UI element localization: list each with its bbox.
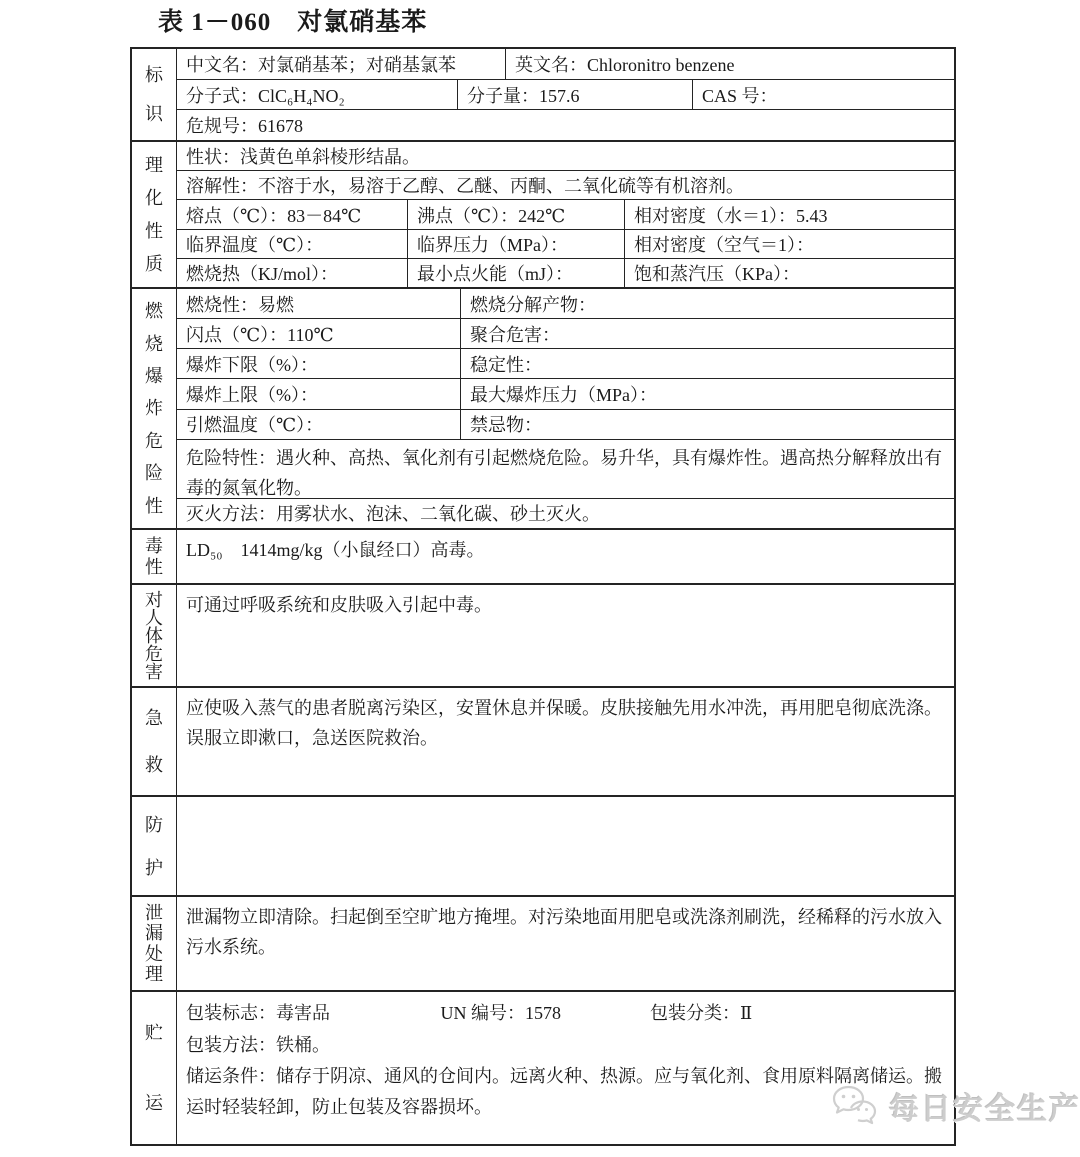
section-label-fire-explosion: 燃烧爆炸危险性 (132, 289, 177, 528)
field-solubility: 溶解性：不溶于水，易溶于乙醇、乙醚、丙酮、二氧化硫等有机溶剂。 (177, 171, 954, 199)
field-en-name: 英文名：Chloronitro benzene (505, 49, 954, 79)
field-flash-point: 闪点（℃）：110℃ (177, 319, 460, 348)
field-cn-name: 中文名：对氯硝基苯；对硝基氯苯 (177, 49, 505, 79)
section-leakage: 泄漏处理 泄漏物立即清除。扫起倒至空旷地方掩埋。对污染地面用肥皂或洗涤剂刷洗，经… (132, 897, 954, 992)
field-cas-number: CAS 号： (692, 80, 954, 110)
section-identification: 标识 中文名：对氯硝基苯；对硝基氯苯 英文名：Chloronitro benze… (132, 49, 954, 142)
field-explosion-lower-limit: 爆炸下限（%）： (177, 349, 460, 378)
wechat-icon (830, 1084, 882, 1128)
watermark: 每日安全生产 (830, 1084, 1080, 1128)
section-label-identification: 标识 (132, 49, 177, 140)
section-label-physicochemical: 理化性质 (132, 142, 177, 287)
field-combustion-heat: 燃烧热（KJ/mol）： (177, 259, 407, 287)
section-label-storage: 贮运 (132, 992, 177, 1144)
field-fire-fighting: 灭火方法：用雾状水、泡沫、二氧化碳、砂土灭火。 (177, 499, 954, 528)
field-protection (177, 797, 954, 895)
msds-table: 标识 中文名：对氯硝基苯；对硝基氯苯 英文名：Chloronitro benze… (130, 47, 956, 1146)
field-critical-temp: 临界温度（℃）： (177, 230, 407, 258)
field-incompatibilities: 禁忌物： (460, 410, 954, 439)
section-physicochemical: 理化性质 性状：浅黄色单斜棱形结晶。 溶解性：不溶于水，易溶于乙醇、乙醚、丙酮、… (132, 142, 954, 289)
row-solubility: 溶解性：不溶于水，易溶于乙醇、乙醚、丙酮、二氧化硫等有机溶剂。 (177, 171, 954, 200)
field-density-air: 相对密度（空气＝1）： (624, 230, 954, 258)
field-stability: 稳定性： (460, 349, 954, 378)
row-names: 中文名：对氯硝基苯；对硝基氯苯 英文名：Chloronitro benzene (177, 49, 954, 80)
field-toxicity: LD₅₀ 1414mg/kg（小鼠经口）高毒。 (177, 530, 954, 583)
field-packing-class: 包装分类：Ⅱ (650, 1003, 752, 1023)
field-density-water: 相对密度（水＝1）：5.43 (624, 200, 954, 228)
msds-page: 表 1－060 对氯硝基苯 标识 中文名：对氯硝基苯；对硝基氯苯 英文名：Chl… (0, 0, 1080, 1157)
field-sat-vapor-pressure: 饱和蒸汽压（KPa）： (624, 259, 954, 287)
field-min-ignition-energy: 最小点火能（mJ）： (407, 259, 624, 287)
section-label-leakage: 泄漏处理 (132, 897, 177, 990)
row-explosion-upper: 爆炸上限（%）： 最大爆炸压力（MPa）： (177, 379, 954, 409)
row-hazard-code: 危规号：61678 (177, 110, 954, 140)
section-first-aid: 急救 应使吸入蒸气的患者脱离污染区，安置休息并保暖。皮肤接触先用水冲洗，再用肥皂… (132, 688, 954, 797)
field-leakage: 泄漏物立即清除。扫起倒至空旷地方掩埋。对污染地面用肥皂或洗涤剂刷洗，经稀释的污水… (177, 897, 954, 990)
section-health-hazard: 对人体危害 可通过呼吸系统和皮肤吸入引起中毒。 (132, 585, 954, 688)
field-un-number: UN 编号：1578 (441, 997, 646, 1029)
field-flammability: 燃烧性：易燃 (177, 289, 460, 318)
field-max-explosion-pressure: 最大爆炸压力（MPa）： (460, 379, 954, 408)
row-critical: 临界温度（℃）： 临界压力（MPa）： 相对密度（空气＝1）： (177, 230, 954, 259)
row-explosion-lower: 爆炸下限（%）： 稳定性： (177, 349, 954, 379)
section-label-toxicity: 毒性 (132, 530, 177, 583)
field-health-hazard: 可通过呼吸系统和皮肤吸入引起中毒。 (177, 585, 954, 686)
row-melting-boiling: 熔点（℃）：83－84℃ 沸点（℃）：242℃ 相对密度（水＝1）：5.43 (177, 200, 954, 229)
section-label-health-hazard: 对人体危害 (132, 585, 177, 686)
row-formula: 分子式：ClC₆H₄NO₂ 分子量：157.6 CAS 号： (177, 80, 954, 111)
field-first-aid: 应使吸入蒸气的患者脱离污染区，安置休息并保暖。皮肤接触先用水冲洗，再用肥皂彻底洗… (177, 688, 954, 795)
field-explosion-upper-limit: 爆炸上限（%）： (177, 379, 460, 408)
row-combustion: 燃烧热（KJ/mol）： 最小点火能（mJ）： 饱和蒸汽压（KPa）： (177, 259, 954, 287)
field-boiling-point: 沸点（℃）：242℃ (407, 200, 624, 228)
row-hazard-characteristics: 危险特性：遇火种、高热、氧化剂有引起燃烧危险。易升华，具有爆炸性。遇高热分解释放… (177, 440, 954, 499)
storage-packing-line: 包装标志：毒害品 UN 编号：1578 包装分类：Ⅱ (186, 997, 945, 1029)
page-title: 表 1－060 对氯硝基苯 (158, 2, 427, 38)
field-melting-point: 熔点（℃）：83－84℃ (177, 200, 407, 228)
field-mol-weight: 分子量：157.6 (457, 80, 692, 110)
row-flash-point: 闪点（℃）：110℃ 聚合危害： (177, 319, 954, 349)
section-label-first-aid: 急救 (132, 688, 177, 795)
watermark-text: 每日安全生产 (889, 1084, 1080, 1128)
field-formula: 分子式：ClC₆H₄NO₂ (177, 80, 457, 110)
field-polymerization-hazard: 聚合危害： (460, 319, 954, 348)
field-hazard-characteristics: 危险特性：遇火种、高热、氧化剂有引起燃烧危险。易升华，具有爆炸性。遇高热分解释放… (177, 440, 954, 498)
row-ignition-temp: 引燃温度（℃）： 禁忌物： (177, 410, 954, 440)
row-flammability: 燃烧性：易燃 燃烧分解产物： (177, 289, 954, 319)
field-critical-pressure: 临界压力（MPa）： (407, 230, 624, 258)
field-ignition-temp: 引燃温度（℃）： (177, 410, 460, 439)
section-label-protection: 防护 (132, 797, 177, 895)
field-packing-mark: 包装标志：毒害品 (186, 997, 436, 1029)
section-fire-explosion: 燃烧爆炸危险性 燃烧性：易燃 燃烧分解产物： 闪点（℃）：110℃ 聚合危害： … (132, 289, 954, 530)
section-toxicity: 毒性 LD₅₀ 1414mg/kg（小鼠经口）高毒。 (132, 530, 954, 585)
field-hazard-code: 危规号：61678 (177, 110, 954, 140)
field-packing-method: 包装方法：铁桶。 (186, 1029, 945, 1061)
field-decomposition-products: 燃烧分解产物： (460, 289, 954, 318)
row-fire-fighting: 灭火方法：用雾状水、泡沫、二氧化碳、砂土灭火。 (177, 499, 954, 528)
field-appearance: 性状：浅黄色单斜棱形结晶。 (177, 142, 954, 170)
row-appearance: 性状：浅黄色单斜棱形结晶。 (177, 142, 954, 171)
section-protection: 防护 (132, 797, 954, 897)
